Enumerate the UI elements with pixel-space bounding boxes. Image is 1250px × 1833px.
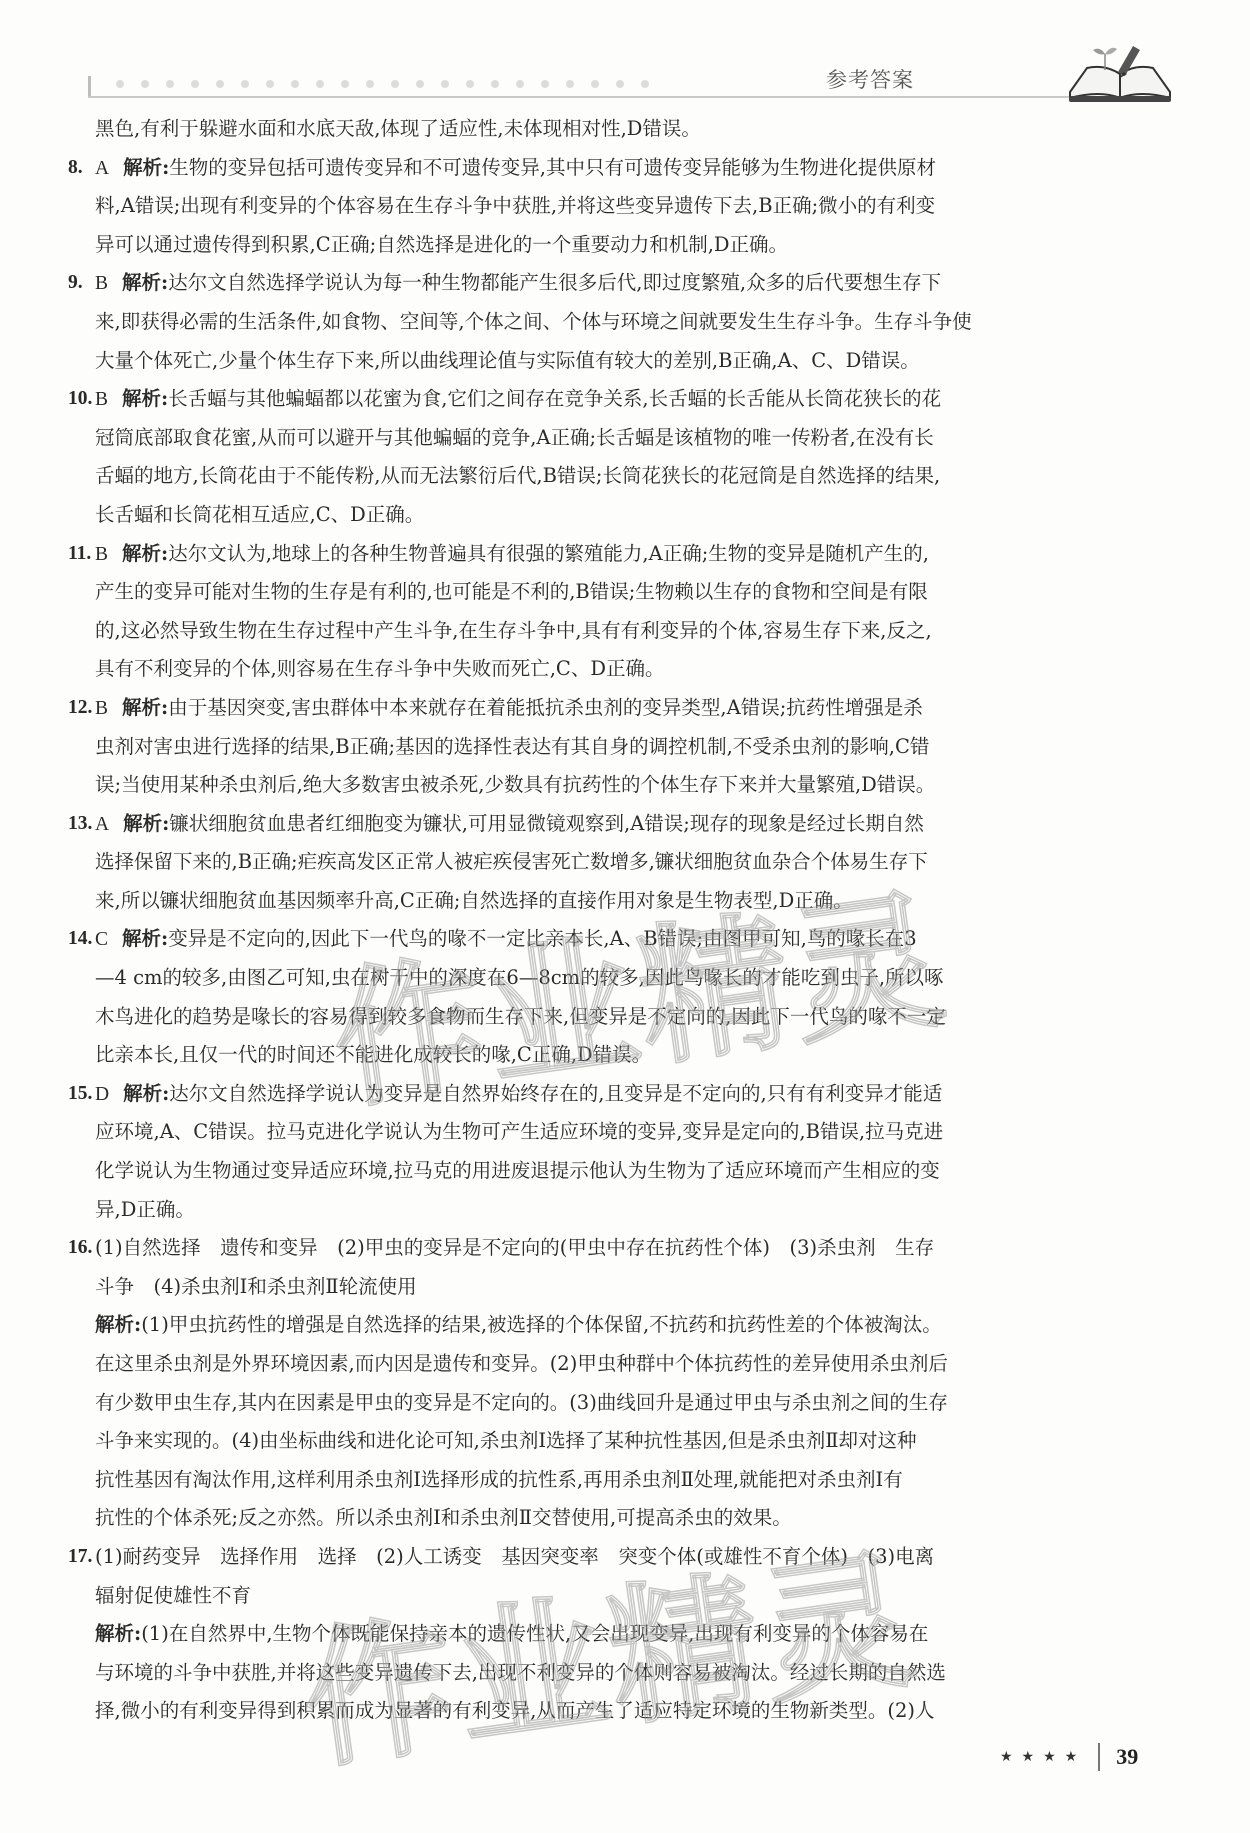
question-number: 8. xyxy=(68,149,83,188)
analysis-label: 解析: xyxy=(122,696,168,719)
answer-line: 异可以通过遗传得到积累,C正确;自然选择是进化的一个重要动力和机制,D正确。 xyxy=(95,226,1140,265)
answer-item: 14.C解析:变异是不定向的,因此下一代鸟的喙不一定比亲本长,A、B错误;由图甲… xyxy=(95,920,1140,959)
header-dot xyxy=(316,80,324,88)
answer-line: 虫剂对害虫进行选择的结果,B正确;基因的选择性表达有其自身的调控机制,不受杀虫剂… xyxy=(95,728,1140,767)
analysis-line: 抗性基因有淘汰作用,这样利用杀虫剂Ⅰ选择形成的抗性系,再用杀虫剂Ⅱ处理,就能把对… xyxy=(95,1461,1140,1500)
header-dot xyxy=(391,80,399,88)
question-number: 12. xyxy=(68,689,92,728)
answer-line: 具有不利变异的个体,则容易在生存斗争中失败而死亡,C、D正确。 xyxy=(95,650,1140,689)
answer-text: 选择保留下来的,B正确;疟疾高发区正常人被疟疾侵害死亡数增多,镰状细胞贫血杂合个… xyxy=(95,850,928,873)
answer-text: 异可以通过遗传得到积累,C正确;自然选择是进化的一个重要动力和机制,D正确。 xyxy=(95,233,788,256)
answer-text: 镰状细胞贫血患者红细胞变为镰状,可用显微镜观察到,A错误;现存的现象是经过长期自… xyxy=(169,812,924,835)
header-dot xyxy=(241,80,249,88)
question-number: 10. xyxy=(68,380,92,419)
header-dot xyxy=(116,80,124,88)
answer-line: 比亲本长,且仅一代的时间还不能进化成较长的喙,C正确,D错误。 xyxy=(95,1036,1140,1075)
answer-text: 木鸟进化的趋势是喙长的容易得到较多食物而生存下来,但变异是不定向的,因此下一代鸟… xyxy=(95,1005,946,1028)
analysis-line: 解析:(1)甲虫抗药性的增强是自然选择的结果,被选择的个体保留,不抗药和抗药性差… xyxy=(95,1306,1140,1345)
answer-text: 达尔文自然选择学说认为变异是自然界始终存在的,且变异是不定向的,只有有利变异才能… xyxy=(169,1082,942,1105)
analysis-text: 有少数甲虫生存,其内在因素是甲虫的变异是不定向的。(3)曲线回升是通过甲虫与杀虫… xyxy=(95,1391,948,1414)
answer-choice: B xyxy=(95,389,108,410)
header-dots xyxy=(116,80,649,88)
header-dot xyxy=(341,80,349,88)
answer-text: 斗争 (4)杀虫剂Ⅰ和杀虫剂Ⅱ轮流使用 xyxy=(95,1275,417,1298)
open-book-pencil-icon xyxy=(1065,40,1175,105)
answer-text: (1)自然选择 遗传和变异 (2)甲虫的变异是不定向的(甲虫中存在抗药性个体) … xyxy=(95,1236,934,1259)
answer-item: 11.B解析:达尔文认为,地球上的各种生物普遍具有很强的繁殖能力,A正确;生物的… xyxy=(95,535,1140,574)
answer-text: 长舌蝠和长筒花相互适应,C、D正确。 xyxy=(95,503,424,526)
answer-text: 长舌蝠与其他蝙蝠都以花蜜为食,它们之间存在竞争关系,长舌蝠的长舌能从长筒花狭长的… xyxy=(168,387,941,410)
header-dot xyxy=(616,80,624,88)
answer-line: 木鸟进化的趋势是喙长的容易得到较多食物而生存下来,但变异是不定向的,因此下一代鸟… xyxy=(95,998,1140,1037)
answer-line: 料,A错误;出现有利变异的个体容易在生存斗争中获胜,并将这些变异遗传下去,B正确… xyxy=(95,187,1140,226)
answer-line: 辐射促使雄性不育 xyxy=(95,1577,1140,1616)
analysis-text: (1)在自然界中,生物个体既能保持亲本的遗传性状,又会出现变异,出现有利变异的个… xyxy=(141,1622,928,1645)
answer-text: (1)耐药变异 选择作用 选择 (2)人工诱变 基因突变率 突变个体(或雄性不育… xyxy=(95,1545,934,1568)
answer-line: 冠筒底部取食花蜜,从而可以避开与其他蝙蝠的竞争,A正确;长舌蝠是该植物的唯一传粉… xyxy=(95,419,1140,458)
answer-text: 化学说认为生物通过变异适应环境,拉马克的用进废退提示他认为生物为了适应环境而产生… xyxy=(95,1159,940,1182)
header-dot xyxy=(441,80,449,88)
answer-line: 长舌蝠和长筒花相互适应,C、D正确。 xyxy=(95,496,1140,535)
question-number: 11. xyxy=(68,535,91,574)
answer-line: 选择保留下来的,B正确;疟疾高发区正常人被疟疾侵害死亡数增多,镰状细胞贫血杂合个… xyxy=(95,843,1140,882)
analysis-text: (1)甲虫抗药性的增强是自然选择的结果,被选择的个体保留,不抗药和抗药性差的个体… xyxy=(141,1313,942,1336)
analysis-label: 解析: xyxy=(122,387,168,410)
header-dot xyxy=(291,80,299,88)
answer-text: 虫剂对害虫进行选择的结果,B正确;基因的选择性表达有其自身的调控机制,不受杀虫剂… xyxy=(95,735,929,758)
answer-line: 来,即获得必需的生活条件,如食物、空间等,个体之间、个体与环境之间就要发生生存斗… xyxy=(95,303,1140,342)
page-footer: ★★★★ 39 xyxy=(1000,1743,1138,1771)
header-dot xyxy=(466,80,474,88)
answer-line: 斗争 (4)杀虫剂Ⅰ和杀虫剂Ⅱ轮流使用 xyxy=(95,1268,1140,1307)
answer-item: 9.B解析:达尔文自然选择学说认为每一种生物都能产生很多后代,即过度繁殖,众多的… xyxy=(95,264,1140,303)
header-dot xyxy=(416,80,424,88)
question-number: 15. xyxy=(68,1075,92,1114)
answer-text: 具有不利变异的个体,则容易在生存斗争中失败而死亡,C、D正确。 xyxy=(95,657,664,680)
header-dot xyxy=(366,80,374,88)
question-number: 16. xyxy=(68,1229,92,1268)
analysis-label: 解析: xyxy=(122,927,168,950)
answer-choice: A xyxy=(95,158,109,179)
difficulty-stars: ★★★★ xyxy=(1000,1749,1086,1765)
analysis-label: 解析: xyxy=(123,812,169,835)
header-dot xyxy=(516,80,524,88)
answer-text: 舌蝠的地方,长筒花由于不能传粉,从而无法繁衍后代,B错误;长筒花狭长的花冠筒是自… xyxy=(95,464,940,487)
answer-item: 12.B解析:由于基因突变,害虫群体中本来就存在着能抵抗杀虫剂的变异类型,A错误… xyxy=(95,689,1140,728)
analysis-label: 解析: xyxy=(122,542,168,565)
analysis-text: 斗争来实现的。(4)由坐标曲线和进化论可知,杀虫剂Ⅰ选择了某种抗性基因,但是杀虫… xyxy=(95,1429,916,1452)
analysis-line: 在这里杀虫剂是外界环境因素,而内因是遗传和变异。(2)甲虫种群中个体抗药性的差异… xyxy=(95,1345,1140,1384)
answer-item: 10.B解析:长舌蝠与其他蝙蝠都以花蜜为食,它们之间存在竞争关系,长舌蝠的长舌能… xyxy=(95,380,1140,419)
analysis-line: 有少数甲虫生存,其内在因素是甲虫的变异是不定向的。(3)曲线回升是通过甲虫与杀虫… xyxy=(95,1384,1140,1423)
question-number: 17. xyxy=(68,1538,92,1577)
page-header: 参考答案 xyxy=(0,0,1250,120)
answer-text: 误;当使用某种杀虫剂后,绝大多数害虫被杀死,少数具有抗药性的个体生存下来并大量繁… xyxy=(95,773,935,796)
header-dot xyxy=(141,80,149,88)
analysis-label: 解析: xyxy=(122,271,168,294)
analysis-label: 解析: xyxy=(123,156,169,179)
analysis-line: 斗争来实现的。(4)由坐标曲线和进化论可知,杀虫剂Ⅰ选择了某种抗性基因,但是杀虫… xyxy=(95,1422,1140,1461)
analysis-text: 在这里杀虫剂是外界环境因素,而内因是遗传和变异。(2)甲虫种群中个体抗药性的差异… xyxy=(95,1352,948,1375)
answer-line: 异,D正确。 xyxy=(95,1191,1140,1230)
header-dot xyxy=(266,80,274,88)
footer-divider xyxy=(1098,1743,1100,1771)
answer-line: 大量个体死亡,少量个体生存下来,所以曲线理论值与实际值有较大的差别,B正确,A、… xyxy=(95,342,1140,381)
answer-line: 产生的变异可能对生物的生存是有利的,也可能是不利的,B错误;生物赖以生存的食物和… xyxy=(95,573,1140,612)
header-dot xyxy=(491,80,499,88)
answer-text: —4 cm的较多,由图乙可知,虫在树干中的深度在6—8cm的较多,因此鸟喙长的才… xyxy=(95,966,944,989)
answer-text: 冠筒底部取食花蜜,从而可以避开与其他蝙蝠的竞争,A正确;长舌蝠是该植物的唯一传粉… xyxy=(95,426,934,449)
answer-line: 应环境,A、C错误。拉马克进化学说认为生物可产生适应环境的变异,变异是定向的,B… xyxy=(95,1113,1140,1152)
header-dot xyxy=(216,80,224,88)
analysis-line: 解析:(1)在自然界中,生物个体既能保持亲本的遗传性状,又会出现变异,出现有利变… xyxy=(95,1615,1140,1654)
question-number: 13. xyxy=(68,805,92,844)
analysis-text: 抗性的个体杀死;反之亦然。所以杀虫剂Ⅰ和杀虫剂Ⅱ交替使用,可提高杀虫的效果。 xyxy=(95,1506,792,1529)
answer-item: 17.(1)耐药变异 选择作用 选择 (2)人工诱变 基因突变率 突变个体(或雄… xyxy=(95,1538,1140,1577)
answer-text: 来,即获得必需的生活条件,如食物、空间等,个体之间、个体与环境之间就要发生生存斗… xyxy=(95,310,972,333)
analysis-line: 抗性的个体杀死;反之亦然。所以杀虫剂Ⅰ和杀虫剂Ⅱ交替使用,可提高杀虫的效果。 xyxy=(95,1499,1140,1538)
answer-content: 黑色,有利于躲避水面和水底天敌,体现了适应性,未体现相对性,D错误。 8.A解析… xyxy=(95,110,1140,1731)
answer-line: 误;当使用某种杀虫剂后,绝大多数害虫被杀死,少数具有抗药性的个体生存下来并大量繁… xyxy=(95,766,1140,805)
answer-line: 舌蝠的地方,长筒花由于不能传粉,从而无法繁衍后代,B错误;长筒花狭长的花冠筒是自… xyxy=(95,457,1140,496)
answer-line: 化学说认为生物通过变异适应环境,拉马克的用进废退提示他认为生物为了适应环境而产生… xyxy=(95,1152,1140,1191)
analysis-line: 与环境的斗争中获胜,并将这些变异遗传下去,出现不利变异的个体则容易被淘汰。经过长… xyxy=(95,1654,1140,1693)
header-dot xyxy=(191,80,199,88)
analysis-label: 解析: xyxy=(95,1622,141,1645)
answer-line: 来,所以镰状细胞贫血基因频率升高,C正确;自然选择的直接作用对象是生物表型,D正… xyxy=(95,882,1140,921)
answer-choice: B xyxy=(95,544,108,565)
question-number: 9. xyxy=(68,264,83,303)
continuation-line: 黑色,有利于躲避水面和水底天敌,体现了适应性,未体现相对性,D错误。 xyxy=(95,110,1140,149)
answer-text: 大量个体死亡,少量个体生存下来,所以曲线理论值与实际值有较大的差别,B正确,A、… xyxy=(95,349,920,372)
header-dot xyxy=(591,80,599,88)
question-number: 14. xyxy=(68,920,92,959)
answer-text: 由于基因突变,害虫群体中本来就存在着能抵抗杀虫剂的变异类型,A错误;抗药性增强是… xyxy=(168,696,923,719)
header-tick xyxy=(88,76,91,98)
answer-text: 比亲本长,且仅一代的时间还不能进化成较长的喙,C正确,D错误。 xyxy=(95,1043,651,1066)
answer-choice: B xyxy=(95,698,108,719)
answer-choice: C xyxy=(95,929,108,950)
answer-text: 来,所以镰状细胞贫血基因频率升高,C正确;自然选择的直接作用对象是生物表型,D正… xyxy=(95,889,853,912)
header-dot xyxy=(541,80,549,88)
answer-text: 应环境,A、C错误。拉马克进化学说认为生物可产生适应环境的变异,变异是定向的,B… xyxy=(95,1120,943,1143)
answer-choice: B xyxy=(95,273,108,294)
answer-choice: A xyxy=(95,814,109,835)
header-dot xyxy=(166,80,174,88)
analysis-label: 解析: xyxy=(123,1082,169,1105)
answer-text: 的,这必然导致生物在生存过程中产生斗争,在生存斗争中,具有有利变异的个体,容易生… xyxy=(95,619,932,642)
analysis-text: 择,微小的有利变异得到积累而成为显著的有利变异,从而产生了适应特定环境的生物新类… xyxy=(95,1699,935,1722)
answer-text: 辐射促使雄性不育 xyxy=(95,1584,251,1607)
answer-item: 16.(1)自然选择 遗传和变异 (2)甲虫的变异是不定向的(甲虫中存在抗药性个… xyxy=(95,1229,1140,1268)
header-title: 参考答案 xyxy=(826,64,914,94)
answer-item: 13.A解析:镰状细胞贫血患者红细胞变为镰状,可用显微镜观察到,A错误;现存的现… xyxy=(95,805,1140,844)
answer-text: 变异是不定向的,因此下一代鸟的喙不一定比亲本长,A、B错误;由图甲可知,鸟的喙长… xyxy=(168,927,916,950)
page-number: 39 xyxy=(1116,1744,1138,1770)
answer-text: 产生的变异可能对生物的生存是有利的,也可能是不利的,B错误;生物赖以生存的食物和… xyxy=(95,580,928,603)
analysis-label: 解析: xyxy=(95,1313,141,1336)
answer-text: 异,D正确。 xyxy=(95,1198,195,1221)
analysis-text: 抗性基因有淘汰作用,这样利用杀虫剂Ⅰ选择形成的抗性系,再用杀虫剂Ⅱ处理,就能把对… xyxy=(95,1468,903,1491)
answer-item: 15.D解析:达尔文自然选择学说认为变异是自然界始终存在的,且变异是不定向的,只… xyxy=(95,1075,1140,1114)
header-dot xyxy=(566,80,574,88)
answer-choice: D xyxy=(95,1084,109,1105)
answer-item: 8.A解析:生物的变异包括可遗传变异和不可遗传变异,其中只有可遗传变异能够为生物… xyxy=(95,149,1140,188)
analysis-line: 择,微小的有利变异得到积累而成为显著的有利变异,从而产生了适应特定环境的生物新类… xyxy=(95,1692,1140,1731)
answer-text: 达尔文自然选择学说认为每一种生物都能产生很多后代,即过度繁殖,众多的后代要想生存… xyxy=(168,271,941,294)
answer-text: 达尔文认为,地球上的各种生物普遍具有很强的繁殖能力,A正确;生物的变异是随机产生… xyxy=(168,542,929,565)
header-dot xyxy=(641,80,649,88)
answer-line: —4 cm的较多,由图乙可知,虫在树干中的深度在6—8cm的较多,因此鸟喙长的才… xyxy=(95,959,1140,998)
header-rule xyxy=(88,96,1088,98)
analysis-text: 与环境的斗争中获胜,并将这些变异遗传下去,出现不利变异的个体则容易被淘汰。经过长… xyxy=(95,1661,946,1684)
answer-line: 的,这必然导致生物在生存过程中产生斗争,在生存斗争中,具有有利变异的个体,容易生… xyxy=(95,612,1140,651)
answer-text: 生物的变异包括可遗传变异和不可遗传变异,其中只有可遗传变异能够为生物进化提供原材 xyxy=(169,156,936,179)
answer-text: 料,A错误;出现有利变异的个体容易在生存斗争中获胜,并将这些变异遗传下去,B正确… xyxy=(95,194,935,217)
